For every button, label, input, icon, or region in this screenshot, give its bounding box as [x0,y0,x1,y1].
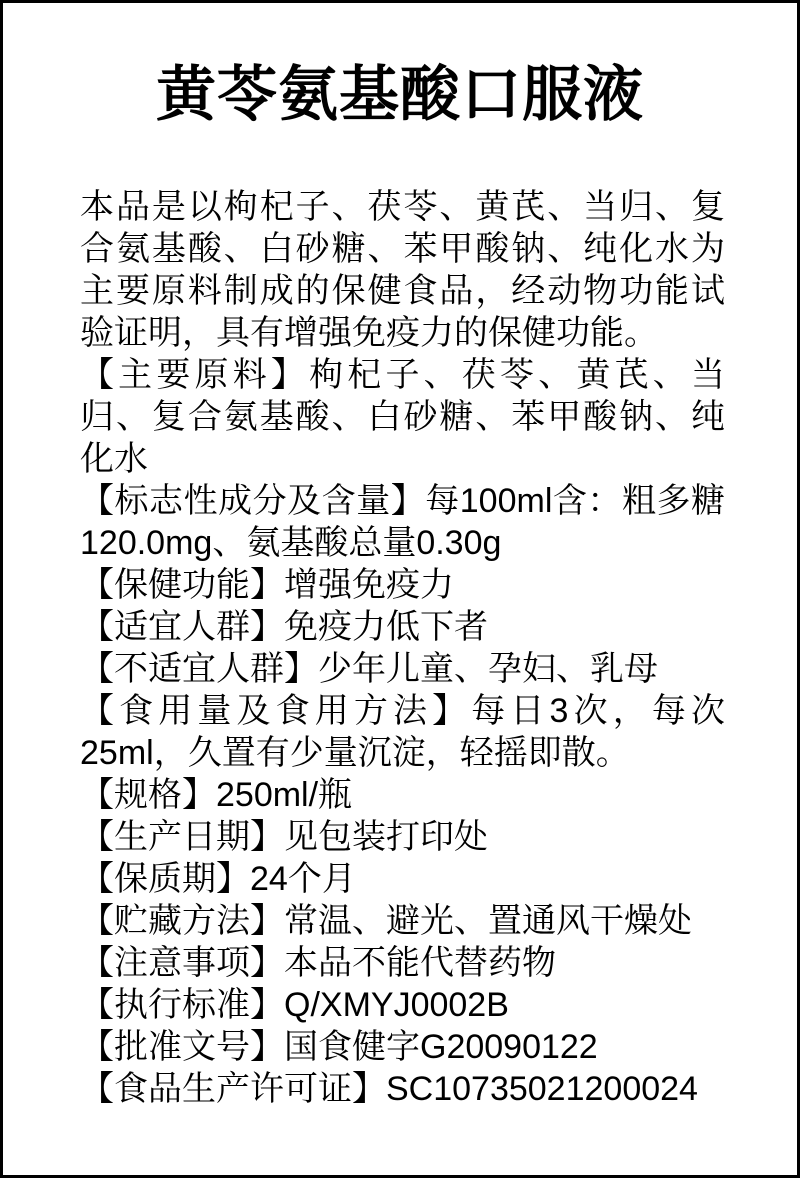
field-row-executive-standard: 【执行标准】Q/XMYJ0002B [80,984,725,1026]
page-title: 黄苓氨基酸口服液 [33,61,767,128]
field-row-approval-number: 【批准文号】国食健字G20090122 [80,1026,725,1068]
field-row-precautions: 【注意事项】本品不能代替药物 [80,942,725,984]
field-row-marker-components: 【标志性成分及含量】每100ml含：粗多糖120.0mg、氨基酸总量0.30g [80,480,725,564]
intro-paragraph: 本品是以枸杞子、茯苓、黄芪、当归、复合氨基酸、白砂糖、苯甲酸钠、纯化水为主要原料… [80,186,725,354]
product-label-page: 黄苓氨基酸口服液 本品是以枸杞子、茯苓、黄芪、当归、复合氨基酸、白砂糖、苯甲酸钠… [0,0,800,1178]
field-row-storage-method: 【贮藏方法】常温、避光、置通风干燥处 [80,900,725,942]
field-row-suitable-people: 【适宜人群】免疫力低下者 [80,606,725,648]
field-row-shelf-life: 【保质期】24个月 [80,858,725,900]
field-row-health-function: 【保健功能】增强免疫力 [80,564,725,606]
field-row-production-date: 【生产日期】见包装打印处 [80,816,725,858]
field-row-unsuitable-people: 【不适宜人群】少年儿童、孕妇、乳母 [80,648,725,690]
field-row-production-license: 【食品生产许可证】SC10735021200024 [80,1068,725,1110]
field-row-main-ingredients: 【主要原料】枸杞子、茯苓、黄芪、当归、复合氨基酸、白砂糖、苯甲酸钠、纯化水 [80,354,725,480]
field-row-dosage-method: 【食用量及食用方法】每日3次，每次25ml，久置有少量沉淀，轻摇即散。 [80,690,725,774]
field-row-specification: 【规格】250ml/瓶 [80,774,725,816]
label-content: 本品是以枸杞子、茯苓、黄芪、当归、复合氨基酸、白砂糖、苯甲酸钠、纯化水为主要原料… [3,186,797,1110]
